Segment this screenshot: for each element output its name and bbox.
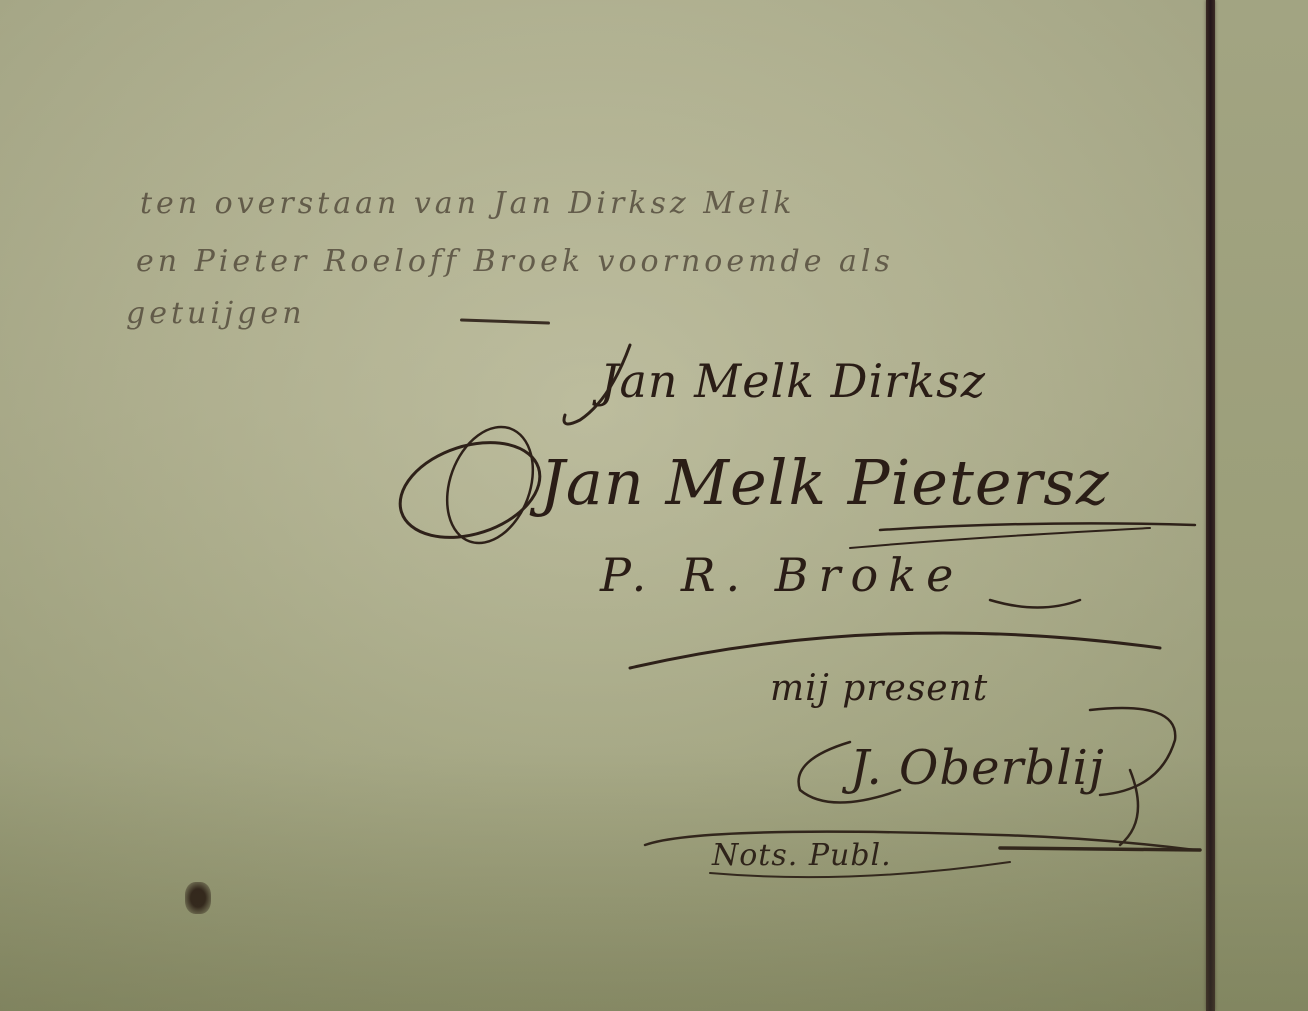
ink-blot (185, 882, 211, 914)
notary-publicus-mark: Nots. Publ. (712, 838, 892, 873)
signature-jan-melk-pietersz: Jan Melk Pietersz (540, 446, 1110, 519)
line-end-dash (460, 318, 550, 324)
signature-j-oberblij: J. Oberblij (850, 740, 1105, 796)
signature-mij-present: mij present (770, 668, 988, 709)
photo-vignette (0, 751, 1308, 1011)
document-page: ten overstaan van Jan Dirksz Melk en Pie… (0, 0, 1308, 1011)
body-line-1: ten overstaan van Jan Dirksz Melk (140, 186, 795, 221)
body-line-2: en Pieter Roeloff Broek voornoemde als (136, 244, 894, 279)
signature-p-r-broke: P. R. Broke (600, 548, 963, 602)
signature-jan-melk-dirksz: Jan Melk Dirksz (600, 354, 986, 408)
margin-rule-line (1206, 0, 1215, 1011)
adjacent-page-edge (1215, 0, 1308, 1011)
body-line-3: getuijgen (126, 296, 306, 331)
